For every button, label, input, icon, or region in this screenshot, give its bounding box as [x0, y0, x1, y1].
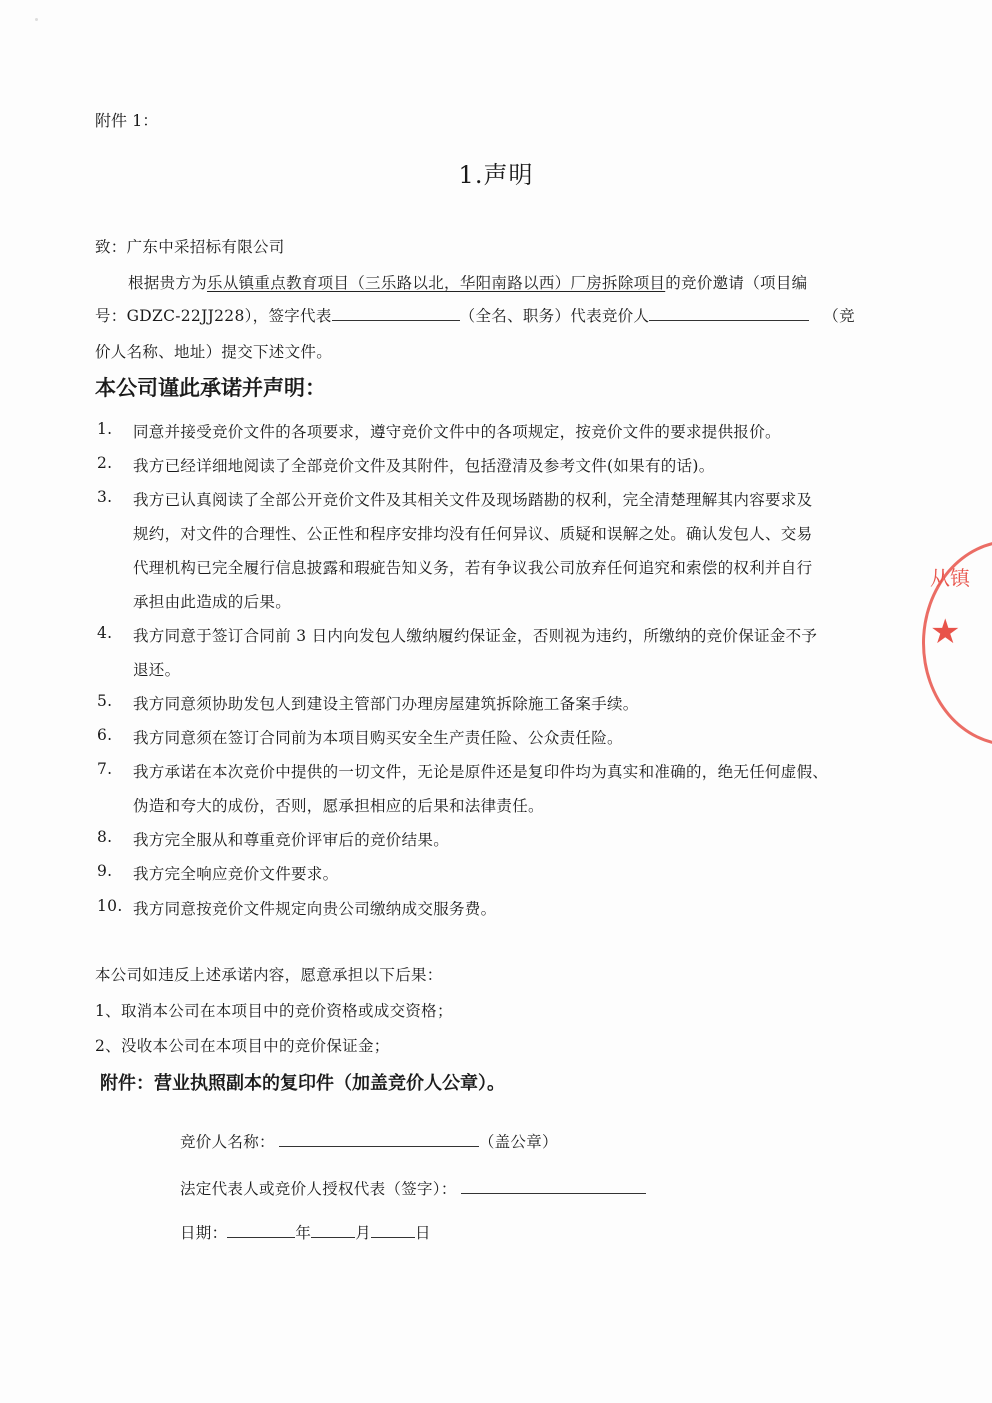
consequence-item: 2、没收本公司在本项目中的竞价保证金； — [95, 1034, 390, 1056]
name-position-text: （全名、职务）代表竞价人 — [460, 307, 650, 325]
seal-star-icon: ★ — [930, 612, 960, 652]
declaration-heading: 本公司谨此承诺并声明： — [95, 372, 326, 402]
list-item: 8. 我方完全服从和尊重竞价评审后的竞价结果。 — [0, 828, 992, 852]
day-label: 日 — [415, 1224, 431, 1242]
consequence-item: 1、取消本公司在本项目中的竞价资格或成交资格； — [95, 999, 453, 1021]
list-item: 7. 我方承诺在本次竞价中提供的一切文件，无论是原件还是复印件均为真实和准确的，… — [0, 760, 992, 784]
project-name: 乐从镇重点教育项目（三乐路以北，华阳南路以西）厂房拆除项目 — [207, 274, 665, 292]
signatory-blank[interactable] — [332, 304, 460, 321]
list-item: 4. 我方同意于签订合同前 3 日内向发包人缴纳履约保证金，否则视为违约，所缴纳… — [0, 624, 992, 648]
list-item-continuation: 退还。 — [0, 658, 992, 682]
intro-suffix: 的竞价邀请（项目编 — [665, 274, 807, 292]
bidder-name-label: 竞价人名称： — [180, 1133, 275, 1151]
day-field[interactable] — [371, 1221, 415, 1238]
intro-line-2: 号：GDZC-22JJ228），签字代表（全名、职务）代表竞价人（竞 — [95, 304, 855, 326]
representative-row: 法定代表人或竞价人授权代表（签字）： — [180, 1177, 646, 1199]
list-item: 9. 我方完全响应竞价文件要求。 — [0, 862, 992, 886]
scan-speck — [35, 18, 38, 21]
list-item: 3. 我方已认真阅读了全部公开竞价文件及其相关文件及现场踏勘的权利，完全清楚理解… — [0, 488, 992, 512]
page-title: 1.声明 — [0, 155, 992, 190]
seal-text: 从镇 — [930, 562, 970, 591]
list-item-continuation: 承担由此造成的后果。 — [0, 590, 992, 614]
list-item-continuation: 伪造和夸大的成份，否则，愿承担相应的后果和法律责任。 — [0, 794, 992, 818]
list-item: 5. 我方同意须协助发包人到建设主管部门办理房屋建筑拆除施工备案手续。 — [0, 692, 992, 716]
list-item: 2. 我方已经详细地阅读了全部竞价文件及其附件，包括澄清及参考文件(如果有的话)… — [0, 454, 992, 478]
bidder-text: （竞 — [823, 307, 855, 325]
intro-line-1: 根据贵方为乐从镇重点教育项目（三乐路以北，华阳南路以西）厂房拆除项目的竞价邀请（… — [128, 271, 807, 293]
bidder-name-field[interactable] — [279, 1130, 479, 1147]
year-field[interactable] — [227, 1221, 295, 1238]
list-item: 6. 我方同意须在签订合同前为本项目购买安全生产责任险、公众责任险。 — [0, 726, 992, 750]
seal-note: （盖公章） — [479, 1133, 558, 1151]
date-label: 日期： — [180, 1224, 227, 1242]
intro-line-3: 价人名称、地址）提交下述文件。 — [95, 340, 332, 362]
month-label: 月 — [355, 1224, 371, 1242]
list-item-continuation: 代理机构已完全履行信息披露和瑕疵告知义务，若有争议我公司放弃任何追究和索偿的权利… — [0, 556, 992, 580]
document-page: 附件 1： 1.声明 致：广东中采招标有限公司 根据贵方为乐从镇重点教育项目（三… — [0, 0, 992, 1403]
consequences-intro: 本公司如违反上述承诺内容，愿意承担以下后果： — [95, 963, 443, 985]
list-item: 1. 同意并接受竞价文件的各项要求，遵守竞价文件中的各项规定，按竞价文件的要求提… — [0, 420, 992, 444]
year-label: 年 — [295, 1224, 311, 1242]
addressee: 致：广东中采招标有限公司 — [95, 235, 285, 257]
date-row: 日期：年月日 — [180, 1221, 431, 1243]
representative-label: 法定代表人或竞价人授权代表（签字）： — [180, 1180, 457, 1198]
attachment-label: 附件 1： — [95, 108, 158, 131]
representative-signature-field[interactable] — [461, 1177, 646, 1194]
annex-note: 附件：营业执照副本的复印件（加盖竞价人公章）。 — [100, 1069, 505, 1095]
bidder-name-row: 竞价人名称：（盖公章） — [180, 1130, 558, 1152]
project-number-text: 号：GDZC-22JJ228），签字代表 — [95, 307, 332, 325]
intro-prefix: 根据贵方为 — [128, 274, 207, 292]
bidder-blank[interactable] — [649, 304, 809, 321]
list-item-continuation: 规约，对文件的合理性、公正性和程序安排均没有任何异议、质疑和误解之处。确认发包人… — [0, 522, 992, 546]
list-item: 10. 我方同意按竞价文件规定向贵公司缴纳成交服务费。 — [0, 897, 992, 921]
month-field[interactable] — [311, 1221, 355, 1238]
